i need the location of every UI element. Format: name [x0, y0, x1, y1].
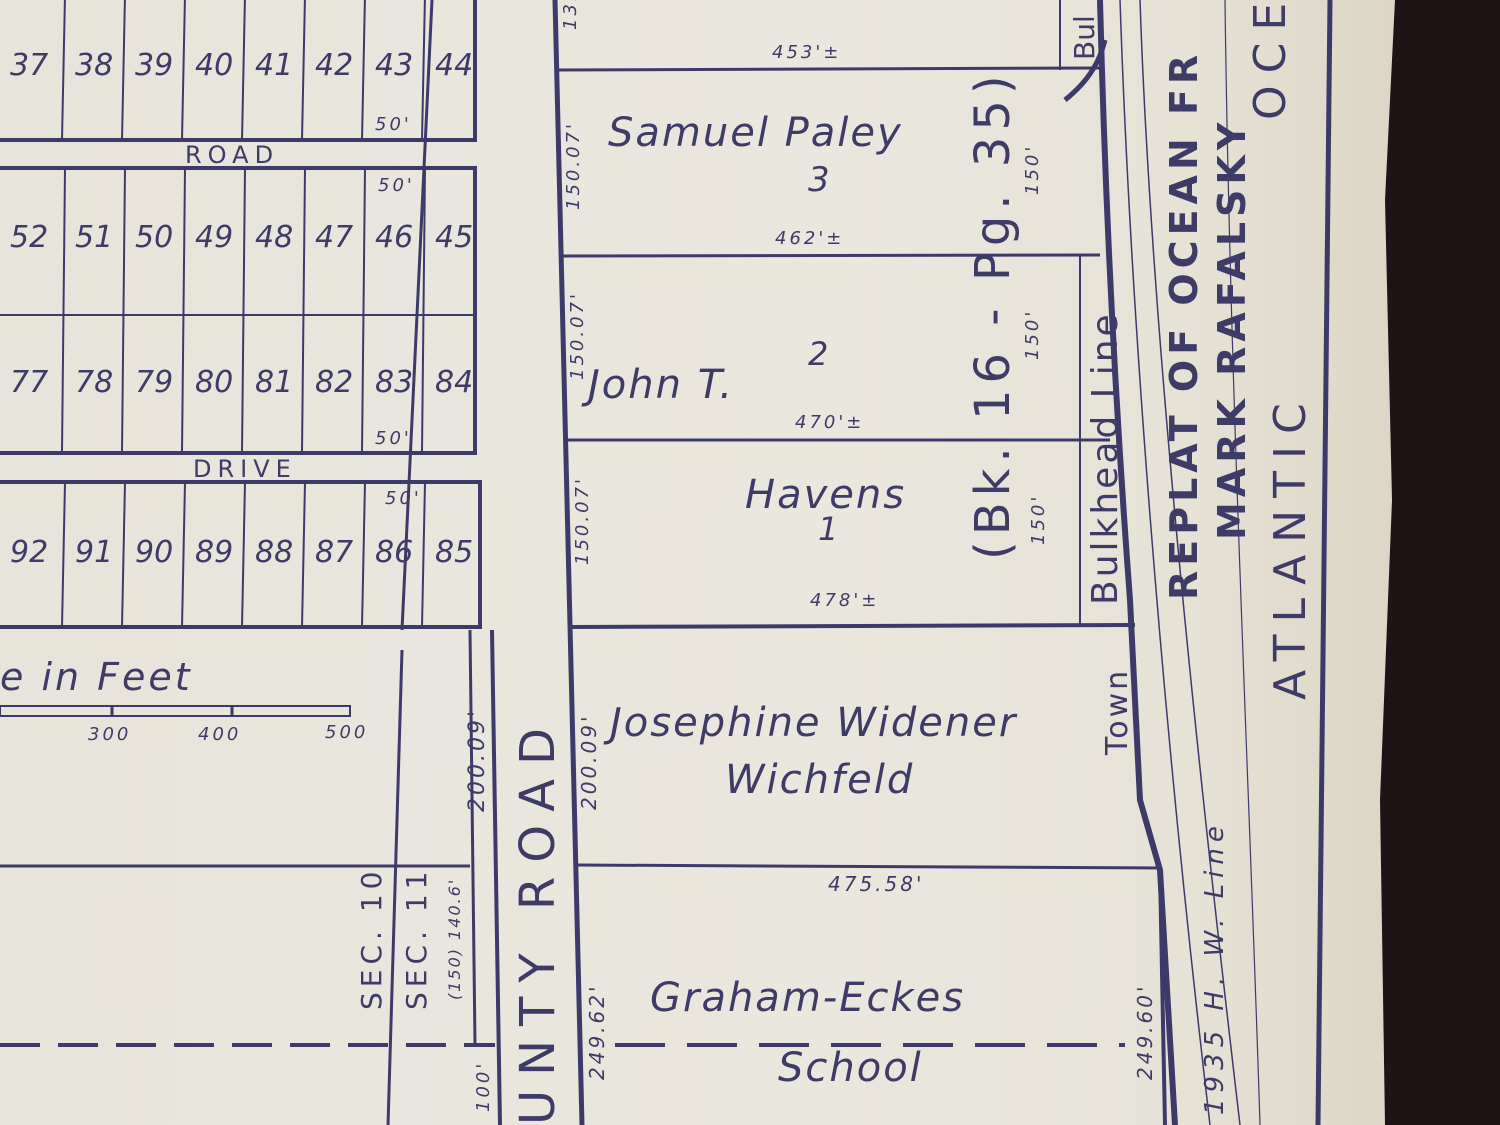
parcel-dim: 475.58': [828, 872, 924, 896]
ocean-label-ocean: OCE: [1245, 0, 1296, 120]
parcel-side-dim: 249.60': [1133, 984, 1157, 1080]
bulkhead-line-label: Bulkhead Line: [1085, 311, 1126, 605]
lot-number: 82: [315, 365, 353, 400]
lot-number: 88: [255, 535, 293, 570]
parcel-side-dim: 150.07': [572, 476, 593, 565]
bulkhead-top-label: Bul: [1068, 15, 1101, 60]
parcel-owner-wichfeld-2: Wichfeld: [725, 757, 914, 803]
lot-number: 50: [135, 220, 173, 255]
lot-number: 47: [315, 220, 353, 255]
lot-number: 90: [135, 535, 173, 570]
east-dim-label: 150': [1022, 144, 1043, 195]
parcel-number: 2: [808, 335, 830, 373]
lot-number: 46: [375, 220, 413, 255]
parcel-side-dim: 200.09': [577, 714, 601, 810]
street-label-drive: DRIVE: [193, 455, 297, 483]
parcel-owner-school-2: School: [778, 1045, 923, 1091]
lot-width-label: 50': [375, 114, 412, 135]
parcel-dim: 470'±: [795, 412, 864, 433]
lot-number: 83: [375, 365, 413, 400]
lot-number: 52: [10, 220, 48, 255]
lot-number: 43: [375, 48, 413, 83]
lot-number: 78: [75, 365, 113, 400]
lot-number: 39: [135, 48, 173, 83]
lot-number: 80: [195, 365, 233, 400]
high-water-line-label: 1935 H. W. Line: [1200, 820, 1230, 1115]
lot-number: 79: [135, 365, 173, 400]
lot-number: 40: [195, 48, 233, 83]
parcel-dim: 478'±: [810, 590, 879, 611]
parcel-dim: 453'±: [772, 42, 841, 63]
lot-width-label: 50': [375, 428, 412, 449]
book-reference: (Bk. 16 - Pg. 35): [965, 69, 1021, 560]
lot-number: 48: [255, 220, 293, 255]
lot-width-label: 50': [378, 175, 415, 196]
lot-number: 45: [435, 220, 473, 255]
replat-title-line2: MARK RAFALSKY: [1210, 118, 1254, 540]
lot-number: 44: [435, 48, 473, 83]
lot-number: 91: [75, 535, 113, 570]
lot-number: 89: [195, 535, 233, 570]
ocean-label-atlantic: ATLANTIC: [1265, 391, 1316, 700]
scale-tick-300: 300: [88, 724, 131, 745]
lot-number: 38: [75, 48, 113, 83]
lot-number: 77: [10, 365, 48, 400]
parcel-number: 3: [808, 160, 832, 200]
parcel-side-dim: 150.07': [563, 121, 584, 210]
replat-title-line1: REPLAT OF OCEAN FR: [1162, 50, 1206, 600]
parcel-owner-paley: Samuel Paley: [608, 110, 903, 156]
section-11-label: SEC. 11: [400, 867, 433, 1010]
parcel-owner-school-1: Graham-Eckes: [650, 975, 965, 1021]
parcel-side-dim: 131: [560, 0, 581, 30]
parcel-owner-john: John T.: [588, 362, 734, 408]
street-label-road: ROAD: [185, 141, 279, 169]
parcel-side-dim: 249.62': [585, 984, 609, 1080]
lot-number: 84: [435, 365, 473, 400]
scale-title: e in Feet: [0, 655, 193, 699]
west-dim-label: (150) 140.6': [445, 878, 464, 1000]
section-10-label: SEC. 10: [355, 867, 388, 1010]
lot-number: 51: [75, 220, 113, 255]
lot-number: 37: [10, 48, 48, 83]
lot-number: 49: [195, 220, 233, 255]
town-label: Town: [1100, 668, 1135, 755]
lot-width-label: 50': [385, 488, 422, 509]
parcel-dim: 462'±: [775, 228, 844, 249]
west-dim-label: 200.09': [465, 708, 490, 812]
lot-number: 86: [375, 535, 413, 570]
east-dim-label: 150': [1022, 309, 1043, 360]
lot-number: 85: [435, 535, 473, 570]
parcel-owner-wichfeld-1: Josephine Widener: [610, 700, 1017, 746]
scale-tick-500: 500: [325, 722, 368, 743]
parcel-number: 1: [818, 510, 840, 548]
east-dim-label: 150': [1028, 494, 1049, 545]
lot-number: 92: [10, 535, 48, 570]
lot-number: 42: [315, 48, 353, 83]
parcel-side-dim: 150.07': [567, 291, 588, 380]
county-road-label: UNTY ROAD: [510, 714, 566, 1125]
lot-number: 41: [255, 48, 293, 83]
lot-number: 87: [315, 535, 353, 570]
plat-map-sheet: 3738394041424344525150494847464577787980…: [0, 0, 1395, 1125]
lot-number: 81: [255, 365, 293, 400]
west-dim-label: 100': [473, 1061, 494, 1112]
scale-tick-400: 400: [198, 724, 241, 745]
